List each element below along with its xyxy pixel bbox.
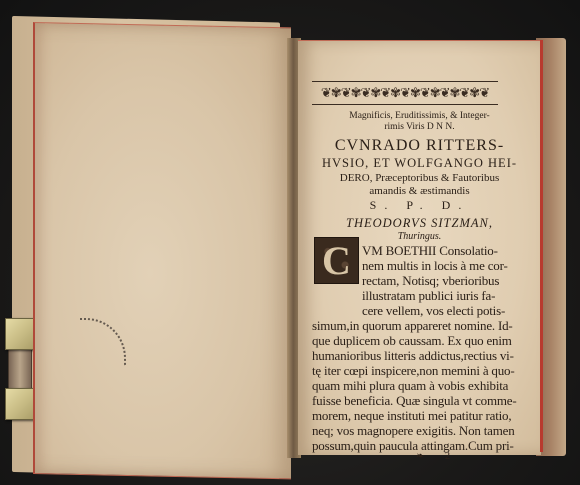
body-line-7: que duplicem ob caussam. Ex quo enim	[312, 333, 512, 348]
body-line-4: illustratam publici iuris fa-	[362, 288, 495, 303]
body-line-1: VM BOETHII Consolatio-	[362, 243, 498, 258]
author-name: THEODORVS SITZMAN,	[298, 216, 541, 231]
signature-mark: 2	[445, 451, 450, 462]
recipient-line-4: amandis & æstimandis	[298, 185, 541, 198]
body-line-8: humanioribus litteris addictus,rectius v…	[312, 348, 514, 363]
recipient-line-2: HVSIO, ET WOLFGANGO HEI-	[298, 156, 541, 170]
body-line-14: possum,quin paucula attingam.Cum pri-	[312, 438, 514, 453]
body-line-11: fuisse beneficia. Quæ singula vt comme-	[312, 393, 516, 408]
body-line-12: morem, neque instituti mei patitur ratio…	[312, 408, 511, 423]
left-endpaper	[33, 22, 291, 479]
decorated-initial: C	[314, 237, 359, 284]
right-page: ❦✾❦✾❦✾❦✾❦✾❦✾❦✾❦✾❦ Magnificis, Eruditissi…	[298, 40, 541, 455]
ornamental-headpiece: ❦✾❦✾❦✾❦✾❦✾❦✾❦✾❦✾❦	[312, 81, 498, 105]
footer-ornament-icon: ❧	[416, 451, 424, 462]
red-page-edge	[540, 40, 543, 452]
body-line-2: nem multis in locis à me cor-	[362, 258, 508, 273]
recipient-line-3: DERO, Præceptoribus & Fautoribus	[298, 172, 541, 185]
body-line-3: rectam, Notisq; vberioribus	[362, 273, 499, 288]
body-line-9: tę iter cœpi inspicere,non memini à quo-	[312, 363, 514, 378]
clasp-strap	[8, 345, 32, 391]
body-line-10: quam mihi plura quam à vobis exhibita	[312, 378, 508, 393]
body-line-6: simum,in quorum appareret nomine. Id-	[312, 318, 513, 333]
body-line-5: cere vellem, vos electi potis-	[362, 303, 505, 318]
salutation: S. P. D.	[298, 198, 541, 213]
recipient-line-1: CVNRADO RITTERS-	[298, 137, 541, 154]
dedication-line-2: rimis Viris D N N.	[298, 122, 541, 133]
dedication-line-1: Magnificis, Eruditissimis, & Integer-	[298, 111, 541, 122]
body-line-13: neq; vos magnopere exigitis. Non tamen	[312, 423, 515, 438]
